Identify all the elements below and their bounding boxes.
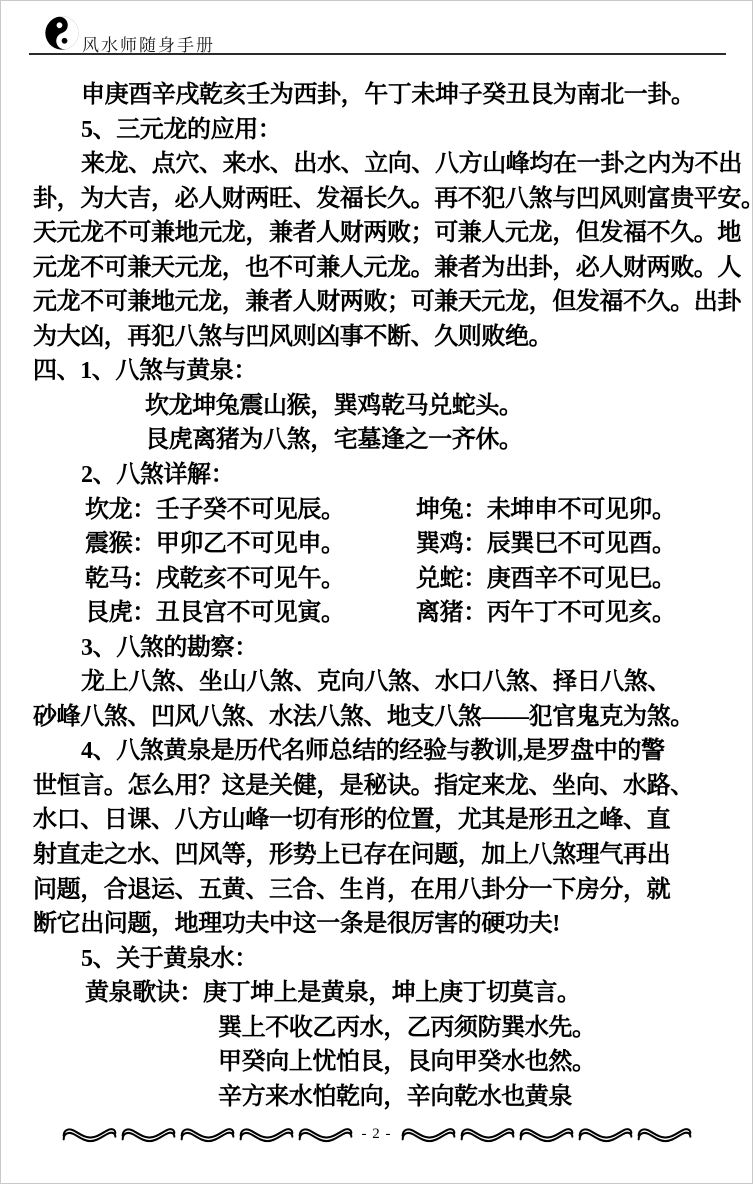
bagua-row: 震猴：甲卯乙不可见申。 巽鸡：辰巽巳不可见酉。 [33, 527, 733, 562]
verse-line: 艮虎离猪为八煞，宅墓逢之一齐休。 [33, 423, 733, 458]
swash-wave-icon [179, 1123, 236, 1145]
bagua-cell-left: 艮虎：丑艮宫不可见寅。 [85, 596, 416, 631]
bagua-row: 坎龙：壬子癸不可见辰。 坤兔：未坤申不可见卯。 [33, 493, 733, 528]
bagua-row: 艮虎：丑艮宫不可见寅。 离猪：丙午丁不可见亥。 [33, 596, 733, 631]
swash-wave-icon [238, 1123, 295, 1145]
manual-page: 风水师随身手册 申庚酉辛戌乾亥壬为西卦，午丁未坤子癸丑艮为南北一卦。 5、三元龙… [0, 0, 753, 1184]
text-line: 射直走之水、凹风等，形势上已存在问题，加上八煞理气再出 [33, 838, 733, 873]
text-line: 申庚酉辛戌乾亥壬为西卦，午丁未坤子癸丑艮为南北一卦。 [33, 78, 733, 113]
bagua-cell-right: 巽鸡：辰巽巳不可见酉。 [416, 527, 676, 562]
bagua-cell-left: 乾马：戌乾亥不可见午。 [85, 562, 416, 597]
text-line: 砂峰八煞、凹风八煞、水法八煞、地支八煞——犯官鬼克为煞。 [33, 700, 733, 735]
verse-line: 巽上不收乙丙水，乙丙须防巽水先。 [33, 1011, 733, 1046]
header-rule [29, 53, 726, 55]
section-heading: 5、关于黄泉水： [33, 942, 733, 977]
section-heading: 5、三元龙的应用： [33, 113, 733, 148]
text-line: 为大凶，再犯八煞与凹风则凶事不断、久则败绝。 [33, 320, 733, 355]
section-heading: 四、1、八煞与黄泉： [33, 354, 733, 389]
verse-line: 辛方来水怕乾向，辛向乾水也黄泉 [33, 1080, 733, 1115]
footer-ornaments-left [60, 1123, 355, 1145]
bagua-cell-right: 兑蛇：庚酉辛不可见巳。 [416, 562, 676, 597]
footer: - 2 - [1, 1123, 752, 1145]
text-line: 元龙不可兼天元龙，也不可兼人元龙。兼者为出卦，必人财两败。人 [33, 251, 733, 286]
text-line: 4、八煞黄泉是历代名师总结的经验与教训,是罗盘中的警 [33, 734, 733, 769]
text-line: 龙上八煞、坐山八煞、克向八煞、水口八煞、择日八煞、 [33, 665, 733, 700]
text-line: 元龙不可兼地元龙，兼者人财两败；可兼天元龙，但发福不久。出卦 [33, 285, 733, 320]
section-heading: 2、八煞详解： [33, 458, 733, 493]
verse-line: 黄泉歌诀：庚丁坤上是黄泉，坤上庚丁切莫言。 [33, 976, 733, 1011]
swash-wave-icon [636, 1123, 693, 1145]
swash-wave-icon [61, 1123, 118, 1145]
text-line: 世恒言。怎么用？这是关健，是秘诀。指定来龙、坐向、水路、 [33, 769, 733, 804]
bagua-cell-left: 震猴：甲卯乙不可见申。 [85, 527, 416, 562]
text-line: 问题，合退运、五黄、三合、生肖，在用八卦分一下房分，就 [33, 873, 733, 908]
swash-wave-icon [459, 1123, 516, 1145]
bagua-row: 乾马：戌乾亥不可见午。 兑蛇：庚酉辛不可见巳。 [33, 562, 733, 597]
verse-line: 甲癸向上忧怕艮，艮向甲癸水也然。 [33, 1045, 733, 1080]
swash-wave-icon [518, 1123, 575, 1145]
text-line: 来龙、点穴、来水、出水、立向、八方山峰均在一卦之内为不出 [33, 147, 733, 182]
text-line: 水口、日课、八方山峰一切有形的位置，尤其是形丑之峰、直 [33, 803, 733, 838]
swash-wave-icon [577, 1123, 634, 1145]
yin-yang-taiji-icon [45, 16, 79, 50]
text-line: 断它出问题，地理功夫中这一条是很厉害的硬功夫! [33, 907, 733, 942]
verse-line: 坎龙坤兔震山猴，巽鸡乾马兑蛇头。 [33, 389, 733, 424]
swash-wave-icon [400, 1123, 457, 1145]
bagua-cell-right: 离猪：丙午丁不可见亥。 [416, 596, 676, 631]
text-line: 天元龙不可兼地元龙，兼者人财两败；可兼人元龙，但发福不久。地 [33, 216, 733, 251]
swash-wave-icon [120, 1123, 177, 1145]
text-line: 卦，为大吉，必人财两旺、发福长久。再不犯八煞与凹风则富贵平安。 [33, 182, 733, 217]
bagua-cell-right: 坤兔：未坤申不可见卯。 [416, 493, 676, 528]
bagua-cell-left: 坎龙：壬子癸不可见辰。 [85, 493, 416, 528]
footer-ornaments-right [399, 1123, 694, 1145]
page-number: - 2 - [355, 1126, 399, 1143]
section-heading: 3、八煞的勘察： [33, 631, 733, 666]
swash-wave-icon [297, 1123, 354, 1145]
body-text: 申庚酉辛戌乾亥壬为西卦，午丁未坤子癸丑艮为南北一卦。 5、三元龙的应用： 来龙、… [33, 78, 733, 1114]
